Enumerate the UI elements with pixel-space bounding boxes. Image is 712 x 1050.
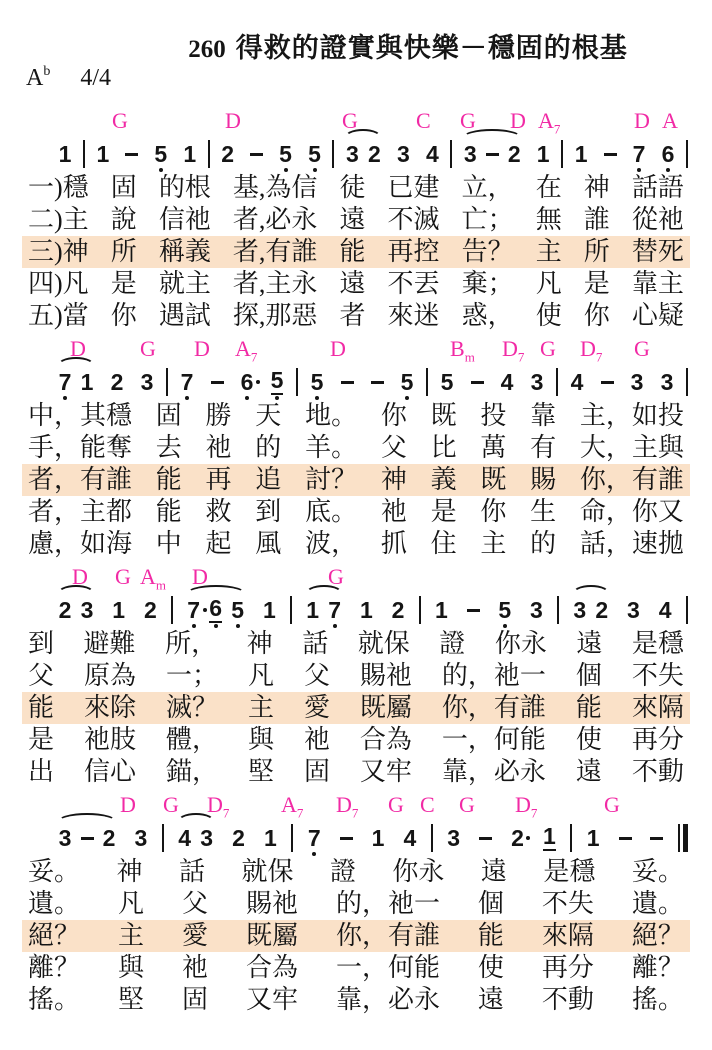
chord-symbol: A — [662, 108, 678, 134]
lyric-cell: 你 — [381, 400, 407, 432]
barline — [686, 368, 688, 396]
digit: 3 — [134, 827, 147, 850]
chord-symbol: G — [459, 792, 475, 818]
note-digit: 5 — [266, 365, 288, 399]
slur-group: 32 — [459, 137, 525, 171]
note-digit: 1 — [54, 137, 76, 171]
lyric-cell: 離？ — [632, 952, 684, 984]
lyric-cell: 你 — [480, 496, 506, 528]
lyric-cell: 錨， — [166, 756, 218, 788]
digit: 1 — [575, 143, 588, 166]
notation-row: 32343217143211 — [54, 820, 688, 856]
lyric-cell: 神 — [247, 628, 273, 660]
chord-symbol: D — [330, 336, 346, 362]
note-digit: 1 — [302, 593, 324, 627]
lyric-cell: 避難 — [84, 628, 136, 660]
digit: 7 — [328, 599, 341, 622]
digit: 3 — [627, 599, 640, 622]
lyric-cell: 來隔 — [542, 920, 594, 952]
augmentation-dot — [526, 836, 530, 840]
note-digit: 3 — [459, 137, 481, 171]
lyric-cell: 義 — [431, 464, 457, 496]
lyric-cell: 遠 — [339, 204, 365, 236]
digit: 1 — [435, 599, 448, 622]
lyric-cell: 固 — [156, 400, 182, 432]
lyric-cell: 信祂 — [159, 204, 211, 236]
lyric-cell: 賜祂 — [246, 888, 298, 920]
note-digit: 4 — [654, 593, 676, 627]
digit: 4 — [178, 827, 191, 850]
augmentation-dot — [256, 380, 260, 384]
lyric-cell: 絕？ — [632, 920, 684, 952]
note-digit: 5 — [150, 137, 172, 171]
note-digit: 4 — [174, 821, 196, 855]
lyric-cell: 又牢 — [360, 756, 412, 788]
lyric-cell: 固 — [111, 172, 137, 204]
digit: 2 — [111, 371, 124, 394]
barline — [296, 368, 298, 396]
lyric-cell: 者，主都 — [28, 496, 132, 528]
final-barline — [678, 824, 688, 852]
lyric-cell: 手，能奪 — [28, 432, 132, 464]
lyric-cell: 信心 — [84, 756, 136, 788]
slur-group: 765 — [183, 593, 249, 627]
chord-symbol: D7 — [207, 792, 229, 818]
note-digit: 1 — [538, 821, 560, 855]
note-digit: 2 — [363, 137, 385, 171]
lyric-cell: 凡 — [118, 888, 144, 920]
digit: 3 — [661, 371, 674, 394]
lyric-line-highlighted: 能來除滅？主愛既屬你，有誰能來隔 — [22, 692, 690, 724]
digit: 2 — [232, 827, 245, 850]
note-digit: 3 — [526, 365, 548, 399]
lyrics-block: 一)穩固的根基,為信徒已建立，在神話語二)主說信祂者,必永遠不滅亡；無誰從祂三)… — [0, 172, 712, 332]
lyric-line: 一)穩固的根基,為信徒已建立，在神話語 — [22, 172, 690, 204]
digit: 2 — [144, 599, 157, 622]
chord-symbol: D — [120, 792, 136, 818]
note-digit: 2 — [503, 137, 525, 171]
digit: 5 — [441, 371, 454, 394]
dash-glyph — [650, 837, 663, 840]
note-digit: 3 — [136, 365, 158, 399]
digit: 5 — [231, 599, 244, 622]
note-digit: 2 — [387, 593, 409, 627]
lyric-line: 慮，如海中起風波，抓住主的話，速拋 — [22, 528, 690, 560]
lyric-cell: 話 — [302, 628, 328, 660]
lyric-cell: 賜祂 — [360, 660, 412, 692]
lyric-cell: 就保 — [241, 856, 293, 888]
note-digit: 1 — [532, 137, 554, 171]
lyric-cell: 話語 — [632, 172, 684, 204]
lyric-cell: 能 — [576, 692, 602, 724]
note-digit: 3 — [569, 593, 591, 627]
digit: 3 — [447, 827, 460, 850]
note-digit: 1 — [92, 137, 114, 171]
lyric-cell: 主，如投 — [580, 400, 684, 432]
dash-glyph — [125, 153, 138, 156]
lyric-cell: 靠，必永 — [336, 984, 440, 1016]
lyric-cell: 既屬 — [360, 692, 412, 724]
lyric-cell: 凡 — [248, 660, 274, 692]
lyric-cell: 離？ — [28, 952, 80, 984]
digit: 7 — [181, 371, 194, 394]
digit: 4 — [571, 371, 584, 394]
digit: 5 — [154, 143, 167, 166]
lyric-cell: 使 — [536, 300, 562, 332]
note-digit: 5 — [436, 365, 458, 399]
digit: 2 — [103, 827, 116, 850]
hymn-title: 260得救的證實與快樂－穩固的根基 — [0, 26, 712, 65]
key-accidental: b — [43, 64, 50, 79]
lyric-cell: 在 — [536, 172, 562, 204]
lyric-cell: 遠 — [576, 628, 602, 660]
note-digit: 1 — [179, 137, 201, 171]
lyric-cell: 生 — [530, 496, 556, 528]
note-digit: 7 — [324, 593, 346, 627]
lyric-cell: 遺。 — [632, 888, 684, 920]
music-system-2: DGDA7DBmD7GD7G 712376555543433 中，其穩固勝天地。… — [0, 334, 712, 364]
lyric-cell: 你，有誰 — [442, 692, 546, 724]
digit: 7 — [633, 143, 646, 166]
note-digit: 4 — [496, 365, 518, 399]
note-digit: 7 — [176, 365, 198, 399]
lyric-cell: 告？ — [462, 236, 514, 268]
dash-rest — [335, 821, 357, 855]
lyric-cell: 是 — [111, 268, 137, 300]
barline — [332, 140, 334, 168]
lyric-cell: 個 — [478, 888, 504, 920]
lyric-cell: 亡； — [462, 204, 514, 236]
lyric-cell: 投 — [480, 400, 506, 432]
digit: 3 — [397, 143, 410, 166]
lyric-line: 四)凡是就主者,主永遠不丟棄；凡是靠主 — [22, 268, 690, 300]
lyric-cell: 搖。 — [28, 984, 80, 1016]
lyric-cell: 主 — [536, 236, 562, 268]
lyric-cell: 不滅 — [388, 204, 440, 236]
lyric-cell: 神 — [116, 856, 142, 888]
lyric-cell: 再分 — [632, 724, 684, 756]
digit: 3 — [530, 599, 543, 622]
lyric-cell: 來除 — [84, 692, 136, 724]
chord-symbol: G — [140, 336, 156, 362]
lyric-cell: 是穩 — [543, 856, 595, 888]
lyric-cell: 所 — [111, 236, 137, 268]
note-digit: 3 — [196, 821, 218, 855]
digit: 1 — [263, 599, 276, 622]
lyric-cell: 的 — [530, 528, 556, 560]
lyric-cell: 你 — [111, 300, 137, 332]
chord-symbol: D — [634, 108, 650, 134]
lyric-cell: 主 — [118, 920, 144, 952]
lyric-cell: 三)神 — [28, 236, 89, 268]
lyric-line: 父原為一；凡父賜祂的，祂一個不失 — [22, 660, 690, 692]
chord-row: DGDA7DBmD7GD7G — [0, 334, 712, 364]
note-digit: 2 — [139, 593, 161, 627]
note-digit: 1 — [582, 821, 604, 855]
lyric-cell: 主 — [248, 692, 274, 724]
lyric-cell: 討？ — [305, 464, 357, 496]
lyric-cell: 固 — [182, 984, 208, 1016]
digit: 4 — [659, 599, 672, 622]
lyric-line: 是祂肢體，與祂合為一，何能使再分 — [22, 724, 690, 756]
lyric-line: 離？與祂合為一，何能使再分離？ — [22, 952, 690, 984]
dash-glyph — [341, 381, 354, 384]
lyric-cell: 與 — [248, 724, 274, 756]
lyric-cell: 二)主 — [28, 204, 89, 236]
lyric-cell: 是 — [584, 268, 610, 300]
note-digit: 2 — [54, 593, 76, 627]
lyrics-block: 中，其穩固勝天地。你既投靠主，如投手，能奪去祂的羊。父比萬有大，主與者，有誰能再… — [0, 400, 712, 560]
note-digit: 6 — [657, 137, 679, 171]
lyric-cell: 堅 — [118, 984, 144, 1016]
lyric-cell: 一，何能 — [442, 724, 546, 756]
note-digit: 1 — [76, 365, 98, 399]
time-signature: 4/4 — [80, 65, 111, 91]
lyric-cell: 風 — [255, 528, 281, 560]
chord-symbol: A7 — [538, 108, 560, 134]
digit: 3 — [141, 371, 154, 394]
note-digit: 1 — [430, 593, 452, 627]
lyric-cell: 個 — [576, 660, 602, 692]
lyric-cell: 不動 — [542, 984, 594, 1016]
chord-symbol: D7 — [515, 792, 537, 818]
lyric-cell: 再控 — [388, 236, 440, 268]
digit: 2 — [508, 143, 521, 166]
digit: 3 — [573, 599, 586, 622]
lyric-cell: 是穩 — [632, 628, 684, 660]
lyric-cell: 合為 — [360, 724, 412, 756]
lyric-cell: 靠，必永 — [442, 756, 546, 788]
note-digit: 1 — [259, 821, 281, 855]
lyric-cell: 萬 — [480, 432, 506, 464]
lyric-cell: 者，有誰 — [28, 464, 132, 496]
note-digit: 6 — [205, 593, 227, 627]
lyric-cell: 地。 — [305, 400, 357, 432]
chord-symbol: A7 — [281, 792, 303, 818]
dash-rest — [596, 365, 618, 399]
music-system-3: DGAmDG 2312765117121533234 到避難所，神話就保證你永遠… — [0, 562, 712, 592]
lyric-cell: 父 — [28, 660, 54, 692]
dash-rest — [462, 593, 484, 627]
lyric-cell: 五)當 — [28, 300, 89, 332]
barline — [419, 596, 421, 624]
note-digit: 4 — [399, 821, 421, 855]
digit: 3 — [631, 371, 644, 394]
hymn-sheet-page: 260得救的證實與快樂－穩固的根基 Ab4/4 GDGCGDA7DA 11512… — [0, 0, 712, 1050]
note-digit: 3 — [392, 137, 414, 171]
lyric-cell: 大，主與 — [580, 432, 684, 464]
notation-row: 11512553234321176 — [54, 136, 688, 172]
chord-symbol: A7 — [235, 336, 257, 362]
dash-glyph — [211, 381, 224, 384]
dash-glyph — [471, 381, 484, 384]
lyric-cell: 神 — [381, 464, 407, 496]
key-and-time: Ab4/4 — [26, 64, 111, 92]
music-system-4: DGD7A7D7GCGD7G 32343217143211 妥。神話就保證你永遠… — [0, 790, 712, 820]
lyric-cell: 遠 — [478, 984, 504, 1016]
lyric-cell: 所， — [165, 628, 217, 660]
lyric-cell: 父 — [381, 432, 407, 464]
note-digit: 5 — [306, 365, 328, 399]
lyric-cell: 原為 — [84, 660, 136, 692]
lyric-cell: 遺。 — [28, 888, 80, 920]
slur-group: 32 — [569, 593, 613, 627]
lyric-cell: 妥。 — [28, 856, 80, 888]
digit: 2 — [221, 143, 234, 166]
lyric-cell: 誰 — [584, 204, 610, 236]
lyric-cell: 就保 — [358, 628, 410, 660]
lyric-cell: 出 — [28, 756, 54, 788]
digit: 5 — [401, 371, 414, 394]
digit: 5 — [308, 143, 321, 166]
note-digit: 1 — [258, 593, 280, 627]
note-digit: 2 — [217, 137, 239, 171]
lyric-cell: 與 — [118, 952, 144, 984]
lyric-cell: 靠主 — [632, 268, 684, 300]
digit: 1 — [97, 143, 110, 166]
lyric-cell: 話 — [179, 856, 205, 888]
lyric-cell: 心疑 — [632, 300, 684, 332]
lyric-cell: 命，你又 — [580, 496, 684, 528]
chord-symbol: G — [540, 336, 556, 362]
lyric-cell: 話，速拋 — [580, 528, 684, 560]
lyric-line: 搖。堅固又牢靠，必永遠不動搖。 — [22, 984, 690, 1016]
dash-rest — [366, 365, 388, 399]
note-digit: 5 — [227, 593, 249, 627]
lyric-line: 遺。凡父賜祂的，祂一個不失遺。 — [22, 888, 690, 920]
lyric-cell: 不失 — [632, 660, 684, 692]
digit: 1 — [306, 599, 319, 622]
key-letter: A — [26, 65, 43, 91]
dash-glyph — [340, 837, 353, 840]
note-digit: 2 — [228, 821, 250, 855]
slur-group: 23 — [54, 593, 98, 627]
note-digit: 2 — [506, 821, 528, 855]
note-digit: 7 — [183, 593, 205, 627]
lyric-cell: 勝 — [206, 400, 232, 432]
lyric-cell: 遠 — [339, 268, 365, 300]
note-digit: 5 — [304, 137, 326, 171]
lyric-line: 手，能奪去祂的羊。父比萬有大，主與 — [22, 432, 690, 464]
note-digit: 7 — [628, 137, 650, 171]
dash-rest — [646, 821, 668, 855]
lyric-cell: 滅？ — [166, 692, 218, 724]
lyric-cell: 中 — [156, 528, 182, 560]
slur-group: 43 — [174, 821, 218, 855]
lyric-line: 中，其穩固勝天地。你既投靠主，如投 — [22, 400, 690, 432]
note-digit: 1 — [108, 593, 130, 627]
barline — [208, 140, 210, 168]
lyric-cell: 到 — [28, 628, 54, 660]
music-system-1: GDGCGDA7DA 11512553234321176 一)穩固的根基,為信徒… — [0, 106, 712, 136]
lyric-cell: 不丟 — [388, 268, 440, 300]
lyric-cell: 再分 — [542, 952, 594, 984]
digit: 3 — [59, 827, 72, 850]
note-digit: 3 — [76, 593, 98, 627]
lyric-cell: 救 — [206, 496, 232, 528]
digit: 5 — [271, 369, 284, 395]
chord-symbol: G — [604, 792, 620, 818]
lyric-cell: 能 — [28, 692, 54, 724]
slur-group: 17 — [302, 593, 346, 627]
lyric-line: 者，主都能救到底。祂是你生命，你又 — [22, 496, 690, 528]
lyric-cell: 凡 — [536, 268, 562, 300]
lyric-cell: 者 — [339, 300, 365, 332]
lyric-cell: 的，祂一 — [442, 660, 546, 692]
digit: 3 — [346, 143, 359, 166]
barline — [290, 596, 292, 624]
chord-symbol: D — [194, 336, 210, 362]
lyric-cell: 既屬 — [246, 920, 298, 952]
digit: 4 — [426, 143, 439, 166]
lyric-cell: 愛 — [182, 920, 208, 952]
digit: 7 — [187, 599, 200, 622]
chord-symbol: C — [420, 792, 435, 818]
lyric-cell: 絕？ — [28, 920, 80, 952]
lyric-cell: 能 — [156, 496, 182, 528]
lyrics-block: 到避難所，神話就保證你永遠是穩父原為一；凡父賜祂的，祂一個不失能來除滅？主愛既屬… — [0, 628, 712, 788]
lyric-cell: 你永 — [495, 628, 547, 660]
note-digit: 7 — [303, 821, 325, 855]
lyric-cell: 主 — [480, 528, 506, 560]
lyric-cell: 的，祂一 — [336, 888, 440, 920]
note-digit: 2 — [591, 593, 613, 627]
digit: 3 — [200, 827, 213, 850]
note-digit: 1 — [570, 137, 592, 171]
note-digit: 3 — [341, 137, 363, 171]
lyric-cell: 一)穩 — [28, 172, 89, 204]
barline — [83, 140, 85, 168]
lyric-cell: 你，有誰 — [580, 464, 684, 496]
dash-rest — [475, 821, 497, 855]
lyric-cell: 賜 — [530, 464, 556, 496]
chord-symbol: C — [416, 108, 431, 134]
lyric-cell: 既 — [480, 464, 506, 496]
digit: 5 — [279, 143, 292, 166]
lyric-cell: 你，有誰 — [336, 920, 440, 952]
digit: 1 — [537, 143, 550, 166]
digit: 4 — [501, 371, 514, 394]
dash-rest — [121, 137, 143, 171]
dash-glyph — [601, 381, 614, 384]
lyric-cell: 棄； — [462, 268, 514, 300]
lyric-cell: 祂 — [381, 496, 407, 528]
lyric-cell: 起 — [206, 528, 232, 560]
digit: 1 — [372, 827, 385, 850]
slur-group: 32 — [341, 137, 385, 171]
slur-group: 32 — [54, 821, 120, 855]
lyric-line-highlighted: 者，有誰能再追討？神義既賜你，有誰 — [22, 464, 690, 496]
barline — [431, 824, 433, 852]
digit: 3 — [81, 599, 94, 622]
chord-symbol: Bm — [450, 336, 475, 362]
lyric-cell: 比 — [431, 432, 457, 464]
chord-symbol: D7 — [336, 792, 358, 818]
lyric-cell: 替死 — [632, 236, 684, 268]
lyric-cell: 遠 — [481, 856, 507, 888]
chord-symbol: D — [510, 108, 526, 134]
chord-symbol: G — [115, 564, 131, 590]
hymn-number: 260 — [188, 36, 226, 63]
digit: 2 — [368, 143, 381, 166]
barline — [686, 140, 688, 168]
dash-rest — [481, 137, 503, 171]
digit: 1 — [81, 371, 94, 394]
digit: 6 — [241, 371, 254, 394]
lyric-cell: 祂 — [304, 724, 330, 756]
lyric-cell: 能 — [339, 236, 365, 268]
note-digit: 3 — [626, 365, 648, 399]
